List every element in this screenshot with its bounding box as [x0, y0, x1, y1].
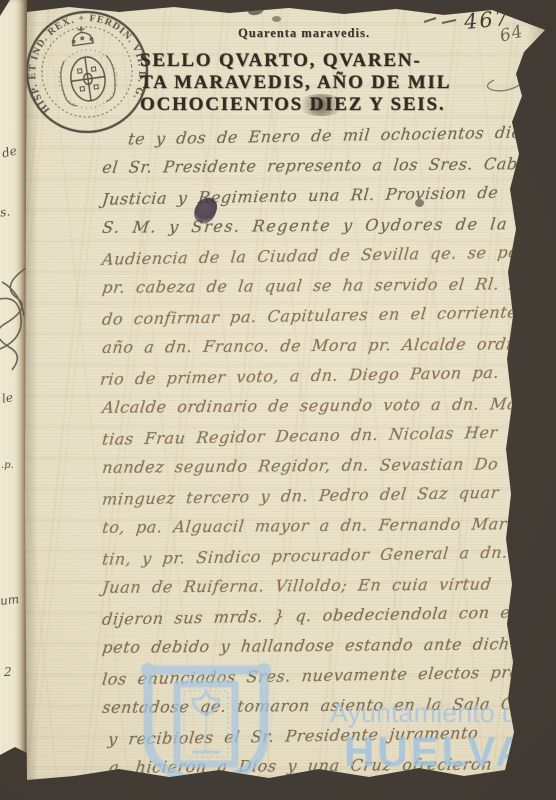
- manuscript-page: HISP. ET IND. REX. + FERDIN. VII. D. G.: [24, 4, 548, 792]
- header-line: TA MARAVEDIS, AÑO DE MIL: [140, 72, 500, 94]
- ink-smudge: [296, 94, 346, 116]
- pen-flourish-icon: [464, 40, 544, 100]
- margin-fragment: s.: [0, 205, 11, 218]
- strike-marks-icon: [422, 12, 462, 30]
- margin-fragment: um: [0, 593, 20, 607]
- scanned-document-background: de s. le .p. um 2 HISP. ET IND. REX. + F…: [0, 0, 556, 800]
- manuscript-text: te y dos de Enero de mil ochocientos die…: [102, 126, 530, 786]
- margin-fragment: le: [1, 391, 14, 405]
- tax-stamp-line: Quarenta maravedis.: [174, 26, 434, 41]
- previous-page-edge: de s. le .p. um 2: [0, 0, 27, 800]
- ink-speck: [247, 4, 265, 16]
- ink-blot: [415, 199, 424, 207]
- header-line: SELLO QVARTO, QVAREN-: [140, 50, 500, 72]
- margin-fragment: 2: [4, 666, 12, 678]
- ink-speck: [272, 16, 281, 22]
- manuscript-line: q. hicieron a Dios y una Cruz ofrecieron: [106, 754, 532, 788]
- margin-fragment: de: [1, 144, 18, 159]
- margin-fragment: .p.: [1, 460, 14, 472]
